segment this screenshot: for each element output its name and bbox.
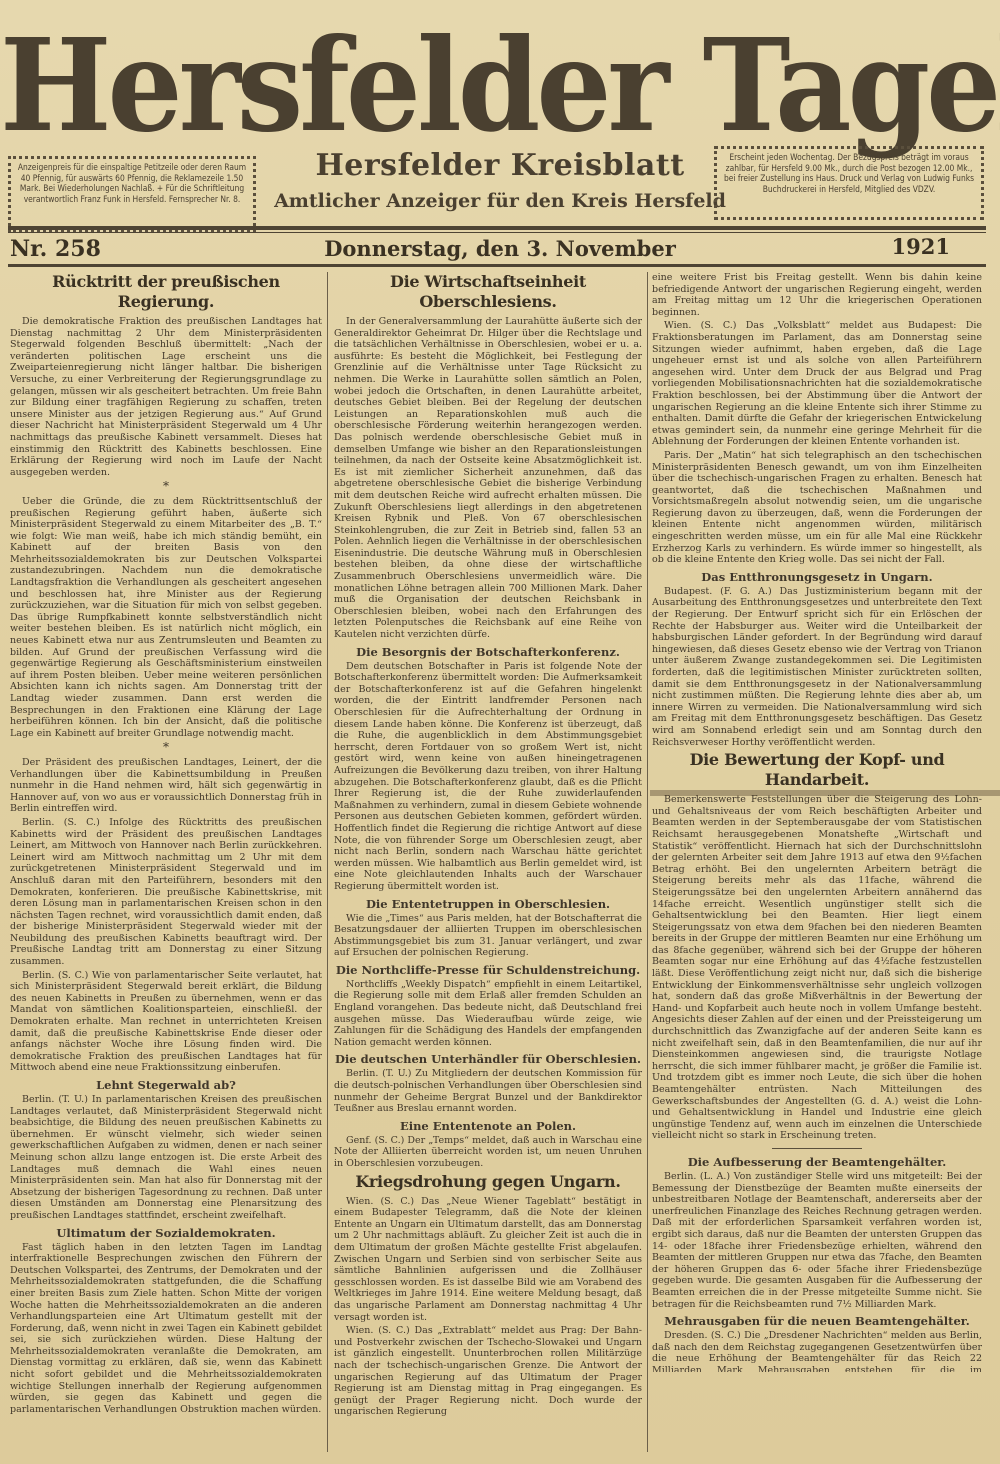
article-subheading: Lehnt Stegerwald ab? — [10, 1078, 322, 1092]
article-paragraph: Wien. (S. C.) Das „Extrablatt“ meldet au… — [334, 1325, 642, 1418]
newspaper-tagline: Amtlicher Anzeiger für den Kreis Hersfel… — [265, 190, 735, 212]
masthead: Hersfelder Tageblatt — [0, 0, 1000, 150]
issue-number: Nr. 258 — [10, 236, 101, 262]
article-headline: Die Wirtschaftseinheit Oberschlesiens. — [334, 272, 642, 312]
masthead-rule-thin — [8, 232, 986, 233]
article-paragraph: Berlin. (L. A.) Von zuständiger Stelle w… — [652, 1171, 982, 1310]
paper-fold-crease — [650, 790, 1000, 796]
article-subheading: Die Besorgnis der Botschafterkonferenz. — [334, 645, 642, 659]
article-paragraph: Northcliffs „Weekly Dispatch“ empfiehlt … — [334, 979, 642, 1049]
article-headline: Rücktritt der preußischen Regierung. — [10, 272, 322, 312]
article-subheading: Ultimatum der Sozialdemokraten. — [10, 1226, 322, 1240]
column-divider — [647, 272, 648, 1452]
article-headline: Die Bewertung der Kopf- und Handarbeit. — [652, 750, 982, 790]
article-paragraph: Dem deutschen Botschafter in Paris ist f… — [334, 661, 642, 893]
article-paragraph: Fast täglich haben in den letzten Tagen … — [10, 1242, 322, 1416]
issue-date: Donnerstag, den 3. November — [300, 236, 700, 261]
article-paragraph: Ueber die Gründe, die zu dem Rücktrittse… — [10, 496, 322, 739]
column-2: Die Wirtschaftseinheit Oberschlesiens.In… — [334, 272, 642, 1452]
section-separator-star: * — [10, 481, 322, 493]
newspaper-subtitle: Hersfelder Kreisblatt — [290, 148, 710, 183]
article-subheading: Eine Ententenote an Polen. — [334, 1119, 642, 1133]
article-subheading: Die deutschen Unterhändler für Oberschle… — [334, 1052, 642, 1066]
newspaper-title: Hersfelder Tageblatt — [0, 22, 960, 149]
article-paragraph: Budapest. (F. G. A.) Das Justizministeri… — [652, 586, 982, 748]
issue-year: 1921 — [892, 234, 950, 259]
article-paragraph: Der Präsident des preußischen Landtages,… — [10, 757, 322, 815]
section-separator-star: * — [10, 742, 322, 754]
article-paragraph: Genf. (S. C.) Der „Temps“ meldet, daß au… — [334, 1135, 642, 1170]
column-3: eine weitere Frist bis Freitag gestellt.… — [652, 272, 982, 1372]
article-subheading: Die Aufbesserung der Beamtengehälter. — [652, 1155, 982, 1169]
article-paragraph: eine weitere Frist bis Freitag gestellt.… — [652, 272, 982, 318]
subscription-info-box: Erscheint jeden Wochentag. Der Bezugspre… — [714, 146, 984, 220]
article-paragraph: Berlin. (T. U.) In parlamentarischen Kre… — [10, 1094, 322, 1222]
article-subheading: Das Entthronungsgesetz in Ungarn. — [652, 570, 982, 584]
article-subheading: Die Ententetruppen in Oberschlesien. — [334, 897, 642, 911]
section-rule — [772, 1148, 862, 1149]
article-paragraph: Berlin. (S. C.) Infolge des Rücktritts d… — [10, 817, 322, 968]
article-paragraph: Berlin. (S. C.) Wie von parlamentarische… — [10, 970, 322, 1074]
article-paragraph: Wien. (S. C.) Das „Volksblatt“ meldet au… — [652, 320, 982, 448]
article-paragraph: Die demokratische Fraktion des preußisch… — [10, 316, 322, 478]
article-subheading: Mehrausgaben für die neuen Beamtengehält… — [652, 1314, 982, 1328]
article-paragraph: Bemerkenswerte Feststellungen über die S… — [652, 794, 982, 1142]
article-paragraph: Paris. Der „Matin“ hat sich telegraphisc… — [652, 450, 982, 566]
article-paragraph: Wien. (S. C.) Das „Neue Wiener Tageblatt… — [334, 1196, 642, 1324]
column-divider — [327, 272, 328, 1452]
advertising-rates-box: Anzeigenpreis für die einspaltige Petitz… — [8, 156, 256, 232]
newspaper-page: Hersfelder Tageblatt Anzeigenpreis für d… — [0, 0, 1000, 1464]
column-1: Rücktritt der preußischen Regierung.Die … — [10, 272, 322, 1452]
article-paragraph: Wie die „Times“ aus Paris melden, hat de… — [334, 913, 642, 959]
article-paragraph: Dresden. (S. C.) Die „Dresdener Nachrich… — [652, 1330, 982, 1372]
article-paragraph: Berlin. (T. U.) Zu Mitgliedern der deuts… — [334, 1068, 642, 1114]
article-subheading: Die Northcliffe-Presse für Schuldenstrei… — [334, 963, 642, 977]
article-paragraph: In der Generalversammlung der Laurahütte… — [334, 316, 642, 641]
article-headline: Kriegsdrohung gegen Ungarn. — [334, 1172, 642, 1192]
dateline-rule — [8, 264, 986, 267]
masthead-rule — [8, 226, 986, 230]
